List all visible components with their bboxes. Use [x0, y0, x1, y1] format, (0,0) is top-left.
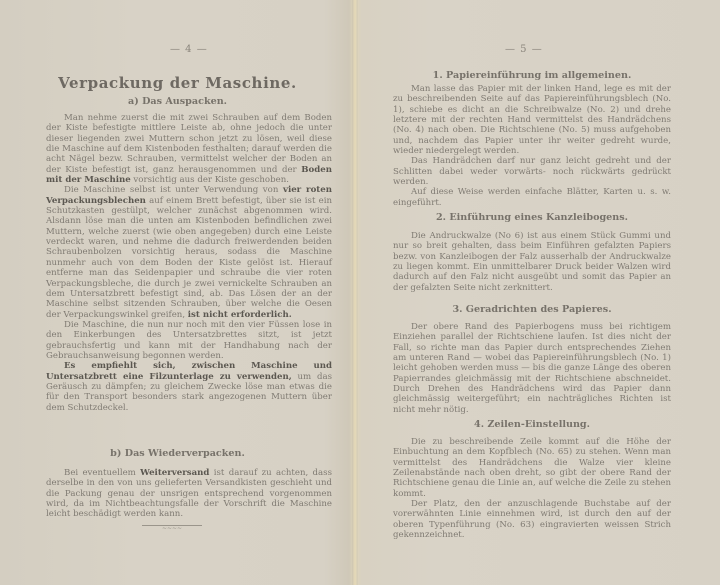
paragraph: Man nehme zuerst die mit zwei Schrauben …: [46, 113, 332, 185]
paragraph: Bei eventuellem Weiterversand ist darauf…: [46, 468, 332, 520]
book-spread: — 4 — Verpackung der Maschine. a) Das Au…: [0, 0, 720, 585]
paragraph: Der Platz, den der anzuschlagende Buchst…: [393, 499, 671, 540]
section-body-auspacken: Man nehme zuerst die mit zwei Schrauben …: [46, 113, 332, 413]
page-title: Verpackung der Maschine.: [0, 74, 355, 92]
section-heading-auspacken: a) Das Auspacken.: [0, 96, 355, 107]
section-heading-1: 1. Papiereinführung im allgemeinen.: [357, 70, 707, 81]
section-heading-4: 4. Zeilen-Einstellung.: [357, 419, 707, 430]
paragraph: Die Andruckwalze (No 6) ist aus einem St…: [393, 231, 671, 293]
page-number: — 5 —: [505, 44, 543, 55]
left-page: — 4 — Verpackung der Maschine. a) Das Au…: [0, 0, 355, 585]
paragraph: Die Maschine selbst ist unter Verwendung…: [46, 185, 332, 319]
section-body-4: Die zu beschreibende Zeile kommt auf die…: [393, 437, 671, 540]
paragraph: Das Handrädchen darf nur ganz leicht ged…: [393, 156, 671, 187]
section-body-wiederverpacken: Bei eventuellem Weiterversand ist darauf…: [46, 468, 332, 520]
paragraph: Es empfiehlt sich, zwischen Maschine und…: [46, 361, 332, 413]
right-page: — 5 — 1. Papiereinführung im allgemeinen…: [357, 0, 720, 585]
paragraph: Die zu beschreibende Zeile kommt auf die…: [393, 437, 671, 499]
section-body-1: Man lasse das Papier mit der linken Hand…: [393, 84, 671, 208]
paragraph: Die Maschine, die nun nur noch mit den v…: [46, 320, 332, 361]
section-heading-3: 3. Geradrichten des Papieres.: [357, 304, 707, 315]
end-ornament: ~~~~: [142, 525, 202, 532]
paragraph: Der obere Rand des Papierbogens muss bei…: [393, 322, 671, 415]
section-body-3: Der obere Rand des Papierbogens muss bei…: [393, 322, 671, 415]
paragraph: Man lasse das Papier mit der linken Hand…: [393, 84, 671, 156]
page-number: — 4 —: [170, 44, 208, 55]
section-heading-2: 2. Einführung eines Kanzleibogens.: [357, 212, 707, 223]
section-heading-wiederverpacken: b) Das Wiederverpacken.: [0, 448, 355, 459]
section-body-2: Die Andruckwalze (No 6) ist aus einem St…: [393, 231, 671, 293]
paragraph: Auf diese Weise werden einfache Blätter,…: [393, 187, 671, 208]
